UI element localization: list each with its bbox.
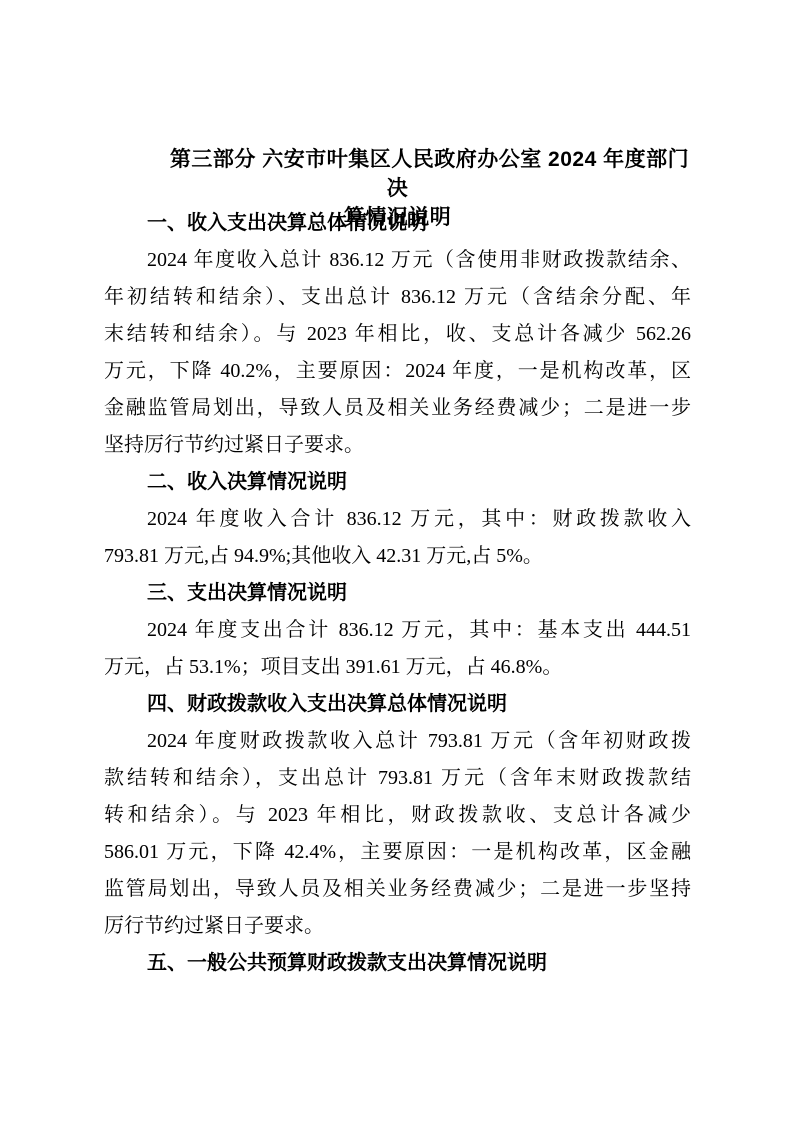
text-line: 2024 年度收入合计 836.12 万元，其中：财政拨款收入 [104, 501, 691, 538]
text-line: 转和结余）。与 2023 年相比，财政拨款收、支总计各减少 [104, 797, 691, 834]
section-1-heading: 一、收入支出决算总体情况说明 [104, 205, 691, 242]
text-line: 万元，占 53.1%；项目支出 391.61 万元，占 46.8%。 [104, 649, 691, 686]
text-line: 2024 年度收入总计 836.12 万元（含使用非财政拨款结余、 [104, 242, 691, 279]
text-line: 金融监管局划出，导致人员及相关业务经费减少；二是进一步 [104, 390, 691, 427]
text-line: 586.01 万元，下降 42.4%，主要原因：一是机构改革，区金融 [104, 834, 691, 871]
text-line: 监管局划出，导致人员及相关业务经费减少；二是进一步坚持 [104, 871, 691, 908]
text-line: 793.81 万元,占 94.9%;其他收入 42.31 万元,占 5%。 [104, 538, 691, 575]
section-2-heading: 二、收入决算情况说明 [104, 464, 691, 501]
text-line: 坚持厉行节约过紧日子要求。 [104, 427, 691, 464]
text-line: 2024 年度支出合计 836.12 万元，其中：基本支出 444.51 [104, 612, 691, 649]
section-3-heading: 三、支出决算情况说明 [104, 575, 691, 612]
text-line: 末结转和结余）。与 2023 年相比，收、支总计各减少 562.26 [104, 316, 691, 353]
text-line: 年初结转和结余）、支出总计 836.12 万元（含结余分配、年 [104, 279, 691, 316]
section-5-heading: 五、一般公共预算财政拨款支出决算情况说明 [104, 945, 691, 982]
text-line: 2024 年度财政拨款收入总计 793.81 万元（含年初财政拨 [104, 723, 691, 760]
text-line: 厉行节约过紧日子要求。 [104, 908, 691, 945]
section-4-heading: 四、财政拨款收入支出决算总体情况说明 [104, 686, 691, 723]
document-page: 第三部分 六安市叶集区人民政府办公室 2024 年度部门决 算情况说明 一、收入… [0, 0, 793, 1122]
document-body: 一、收入支出决算总体情况说明 2024 年度收入总计 836.12 万元（含使用… [104, 205, 691, 982]
text-line: 款结转和结余），支出总计 793.81 万元（含年末财政拨款结 [104, 760, 691, 797]
text-line: 万元，下降 40.2%，主要原因：2024 年度，一是机构改革，区 [104, 353, 691, 390]
document-title-line-1: 第三部分 六安市叶集区人民政府办公室 2024 年度部门决 [104, 145, 691, 203]
